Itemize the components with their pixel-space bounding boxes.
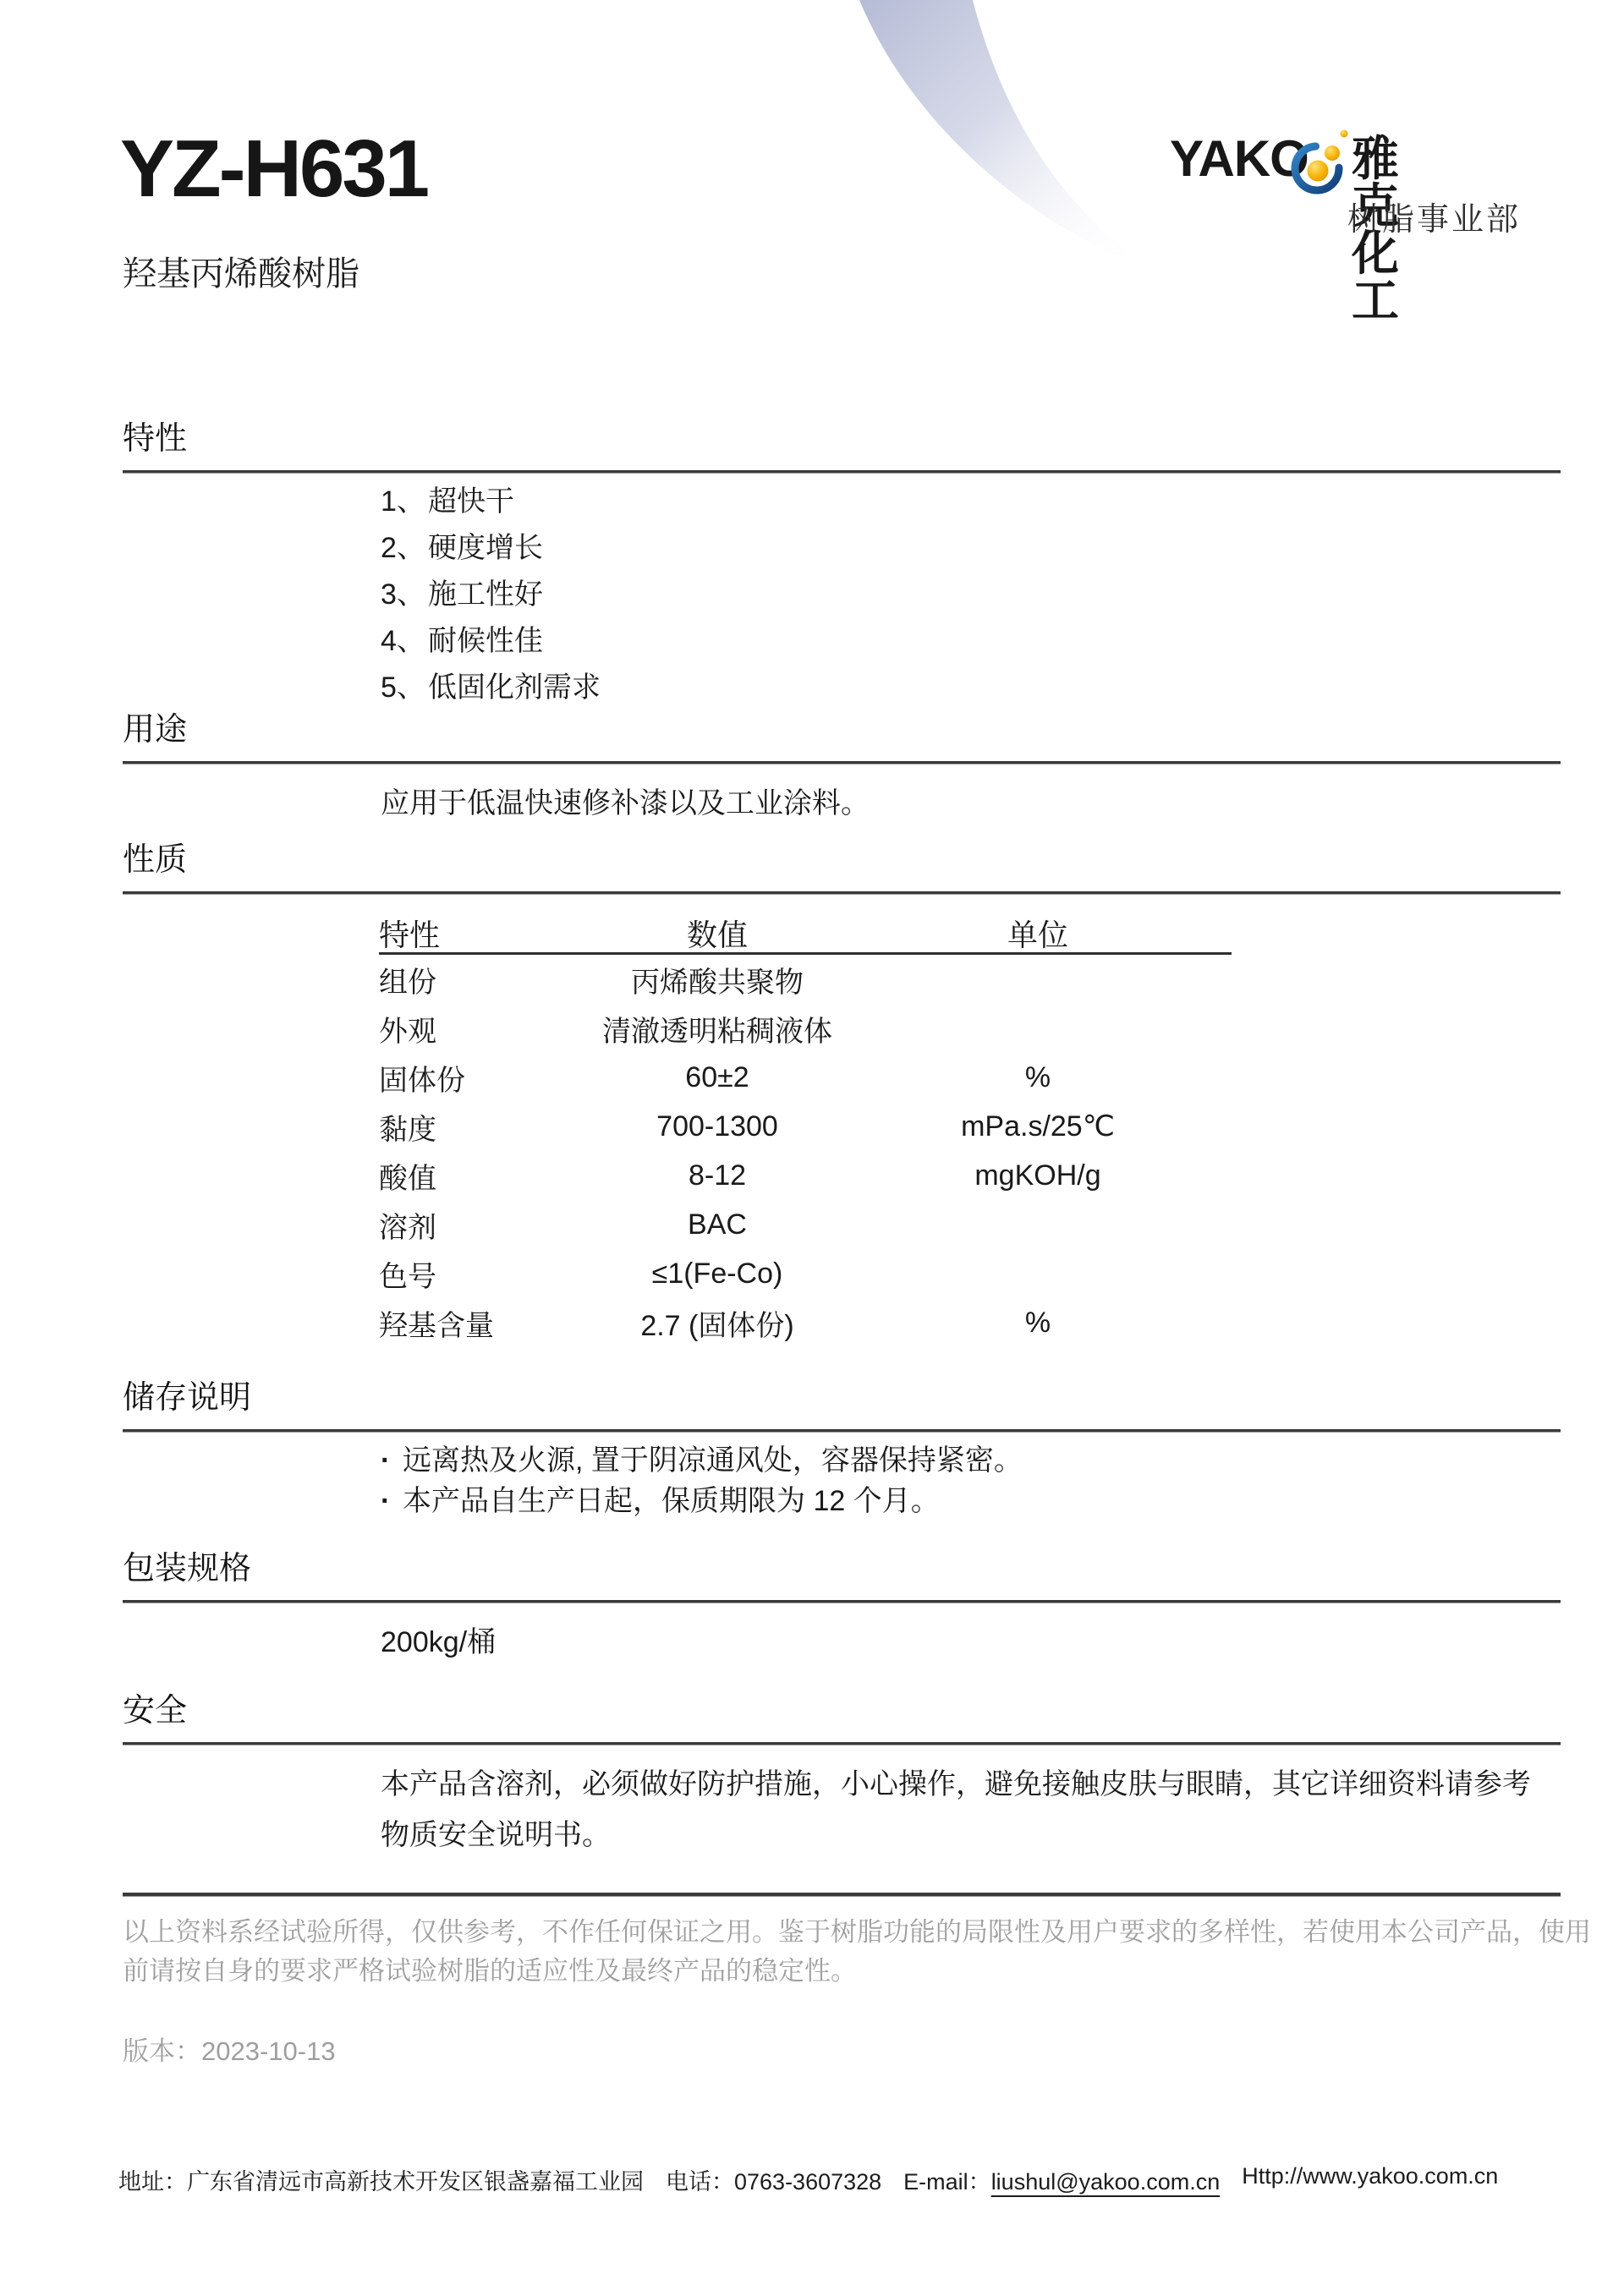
col-header-value: 数值 bbox=[590, 912, 844, 952]
datasheet-page: YZ-H631 羟基丙烯酸树脂 YAKO 雅克化工 树脂事业部 bbox=[0, 0, 1624, 2296]
table-row: 羟基含量 2.7 (固体份) % bbox=[379, 1298, 1232, 1347]
row-property: 酸值 bbox=[379, 1155, 590, 1197]
safety-heading: 安全 bbox=[123, 1693, 187, 1730]
footer-contact-bar: 地址：广东省清远市高新技术开发区银盏嘉福工业园 电话：0763-3607328 … bbox=[118, 2163, 1498, 2196]
row-property: 组份 bbox=[379, 959, 590, 1000]
row-value: 60±2 bbox=[590, 1061, 844, 1094]
row-unit: % bbox=[844, 1307, 1232, 1340]
row-property: 黏度 bbox=[379, 1106, 590, 1148]
disclaimer-line2: 前请按自身的要求严格试验树脂的适应性及最终产品的稳定性。 bbox=[123, 1952, 1591, 1991]
storage-bullet-text: 远离热及火源, 置于阴凉通风处，容器保持紧密。 bbox=[403, 1443, 1023, 1483]
feature-item: 1、 超快干 bbox=[381, 482, 601, 529]
col-header-property: 特性 bbox=[379, 912, 590, 952]
properties-heading: 性质 bbox=[123, 842, 187, 879]
table-row: 酸值 8-12 mgKOH/g bbox=[379, 1151, 1232, 1200]
storage-bullets: · 远离热及火源, 置于阴凉通风处，容器保持紧密。 · 本产品自生产日起，保质期… bbox=[381, 1443, 1023, 1524]
features-rule bbox=[123, 470, 1561, 474]
feature-number: 4、 bbox=[381, 622, 428, 668]
feature-number: 1、 bbox=[381, 482, 428, 529]
table-row: 外观 清澈透明粘稠液体 bbox=[379, 1004, 1232, 1053]
feature-item: 2、 硬度增长 bbox=[381, 529, 601, 575]
row-unit: % bbox=[844, 1061, 1232, 1094]
disclaimer-line1: 以上资料系经试验所得，仅供参考，不作任何保证之用。鉴于树脂功能的局限性及用户要求… bbox=[123, 1913, 1591, 1952]
safety-text-line1: 本产品含溶剂，必须做好防护措施，小心操作，避免接触皮肤与眼睛，其它详细资料请参考 bbox=[381, 1759, 1531, 1810]
row-unit: mPa.s/25℃ bbox=[844, 1110, 1232, 1143]
feature-label: 超快干 bbox=[428, 482, 514, 529]
usage-text: 应用于低温快速修补漆以及工业涂料。 bbox=[381, 780, 870, 821]
storage-heading: 储存说明 bbox=[123, 1380, 251, 1417]
row-unit: mgKOH/g bbox=[844, 1159, 1232, 1192]
table-row: 组份 丙烯酸共聚物 bbox=[379, 955, 1232, 1004]
usage-rule bbox=[123, 761, 1561, 764]
row-value: 8-12 bbox=[590, 1159, 844, 1192]
orbit-logo-icon bbox=[1284, 108, 1360, 206]
table-row: 固体份 60±2 % bbox=[379, 1053, 1232, 1102]
col-header-unit: 单位 bbox=[844, 912, 1232, 952]
properties-rule bbox=[123, 891, 1561, 895]
feature-label: 低固化剂需求 bbox=[428, 668, 601, 715]
row-property: 固体份 bbox=[379, 1057, 590, 1099]
storage-bullet: · 远离热及火源, 置于阴凉通风处，容器保持紧密。 bbox=[381, 1443, 1023, 1483]
footer-address: 地址：广东省清远市高新技术开发区银盏嘉福工业园 bbox=[118, 2163, 644, 2196]
safety-text: 本产品含溶剂，必须做好防护措施，小心操作，避免接触皮肤与眼睛，其它详细资料请参考… bbox=[381, 1759, 1531, 1860]
bullet-dot: · bbox=[381, 1443, 403, 1483]
footer-email-label: E-mail： bbox=[903, 2169, 991, 2195]
safety-rule bbox=[123, 1742, 1561, 1745]
feature-number: 5、 bbox=[381, 668, 428, 715]
row-property: 色号 bbox=[379, 1253, 590, 1295]
storage-bullet-text: 本产品自生产日起，保质期限为 12 个月。 bbox=[403, 1483, 940, 1524]
feature-label: 硬度增长 bbox=[428, 529, 543, 575]
bullet-dot: · bbox=[381, 1483, 403, 1524]
feature-item: 3、 施工性好 bbox=[381, 575, 601, 622]
feature-label: 耐候性佳 bbox=[428, 622, 543, 668]
table-header-row: 特性 数值 单位 bbox=[379, 912, 1232, 952]
product-code-title: YZ-H631 bbox=[120, 129, 427, 210]
storage-bullet: · 本产品自生产日起，保质期限为 12 个月。 bbox=[381, 1483, 1023, 1524]
usage-heading: 用途 bbox=[123, 712, 187, 749]
packaging-heading: 包装规格 bbox=[123, 1551, 251, 1588]
packaging-rule bbox=[123, 1600, 1561, 1603]
feature-number: 3、 bbox=[381, 575, 428, 622]
footer-email: E-mail：liushul@yakoo.com.cn bbox=[903, 2163, 1220, 2196]
row-property: 外观 bbox=[379, 1008, 590, 1049]
features-list: 1、 超快干 2、 硬度增长 3、 施工性好 4、 耐候性佳 5、 低固化剂需求 bbox=[381, 482, 601, 715]
row-value: 清澈透明粘稠液体 bbox=[590, 1008, 844, 1049]
product-type-subtitle: 羟基丙烯酸树脂 bbox=[123, 247, 359, 295]
feature-label: 施工性好 bbox=[428, 575, 543, 622]
disclaimer-rule bbox=[123, 1893, 1561, 1897]
table-row: 黏度 700-1300 mPa.s/25℃ bbox=[379, 1102, 1232, 1151]
row-value: ≤1(Fe-Co) bbox=[590, 1258, 844, 1290]
footer-website: Http://www.yakoo.com.cn bbox=[1242, 2163, 1498, 2196]
footer-email-link[interactable]: liushul@yakoo.com.cn bbox=[991, 2169, 1221, 2195]
row-property: 羟基含量 bbox=[379, 1302, 590, 1344]
storage-rule bbox=[123, 1429, 1561, 1433]
features-heading: 特性 bbox=[123, 421, 187, 458]
row-property: 溶剂 bbox=[379, 1204, 590, 1246]
footer-phone: 电话：0763-3607328 bbox=[666, 2163, 881, 2196]
division-name: 树脂事业部 bbox=[1347, 193, 1521, 239]
version-label: 版本：2023-10-13 bbox=[123, 2030, 336, 2068]
row-value: 2.7 (固体份) bbox=[590, 1302, 844, 1344]
row-value: BAC bbox=[590, 1208, 844, 1241]
table-row: 溶剂 BAC bbox=[379, 1200, 1232, 1249]
properties-table: 特性 数值 单位 组份 丙烯酸共聚物 外观 清澈透明粘稠液体 固体份 60±2 … bbox=[379, 912, 1232, 1347]
feature-item: 4、 耐候性佳 bbox=[381, 622, 601, 668]
packaging-text: 200kg/桶 bbox=[381, 1619, 496, 1660]
feature-item: 5、 低固化剂需求 bbox=[381, 668, 601, 715]
row-value: 700-1300 bbox=[590, 1110, 844, 1143]
feature-number: 2、 bbox=[381, 529, 428, 575]
safety-text-line2: 物质安全说明书。 bbox=[381, 1810, 1531, 1860]
disclaimer-text: 以上资料系经试验所得，仅供参考，不作任何保证之用。鉴于树脂功能的局限性及用户要求… bbox=[123, 1913, 1591, 1991]
row-value: 丙烯酸共聚物 bbox=[590, 959, 844, 1000]
table-row: 色号 ≤1(Fe-Co) bbox=[379, 1249, 1232, 1298]
